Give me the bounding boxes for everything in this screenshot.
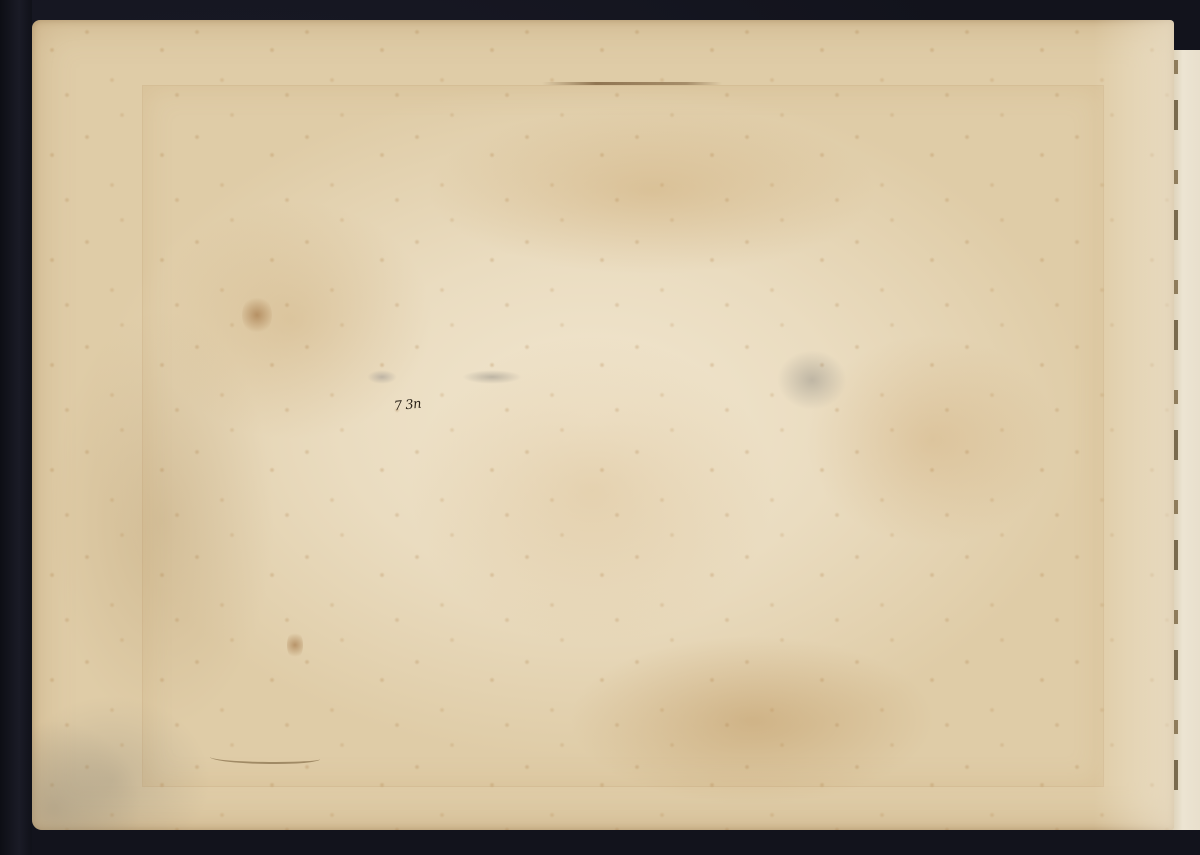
scan-left-edge bbox=[0, 0, 32, 855]
stain-mark bbox=[287, 630, 303, 660]
stain-mark bbox=[242, 295, 272, 335]
graphite-smudge bbox=[777, 350, 847, 410]
handwritten-note: 7 3n bbox=[393, 397, 421, 415]
graphite-smudge bbox=[367, 370, 397, 384]
graphite-smudge bbox=[462, 370, 522, 384]
book-page: 7 3n bbox=[32, 20, 1174, 830]
corner-wear bbox=[32, 720, 142, 830]
top-crease-mark bbox=[542, 82, 722, 85]
foxing-spots bbox=[32, 20, 1174, 830]
page-right-margin-band bbox=[1094, 20, 1174, 830]
